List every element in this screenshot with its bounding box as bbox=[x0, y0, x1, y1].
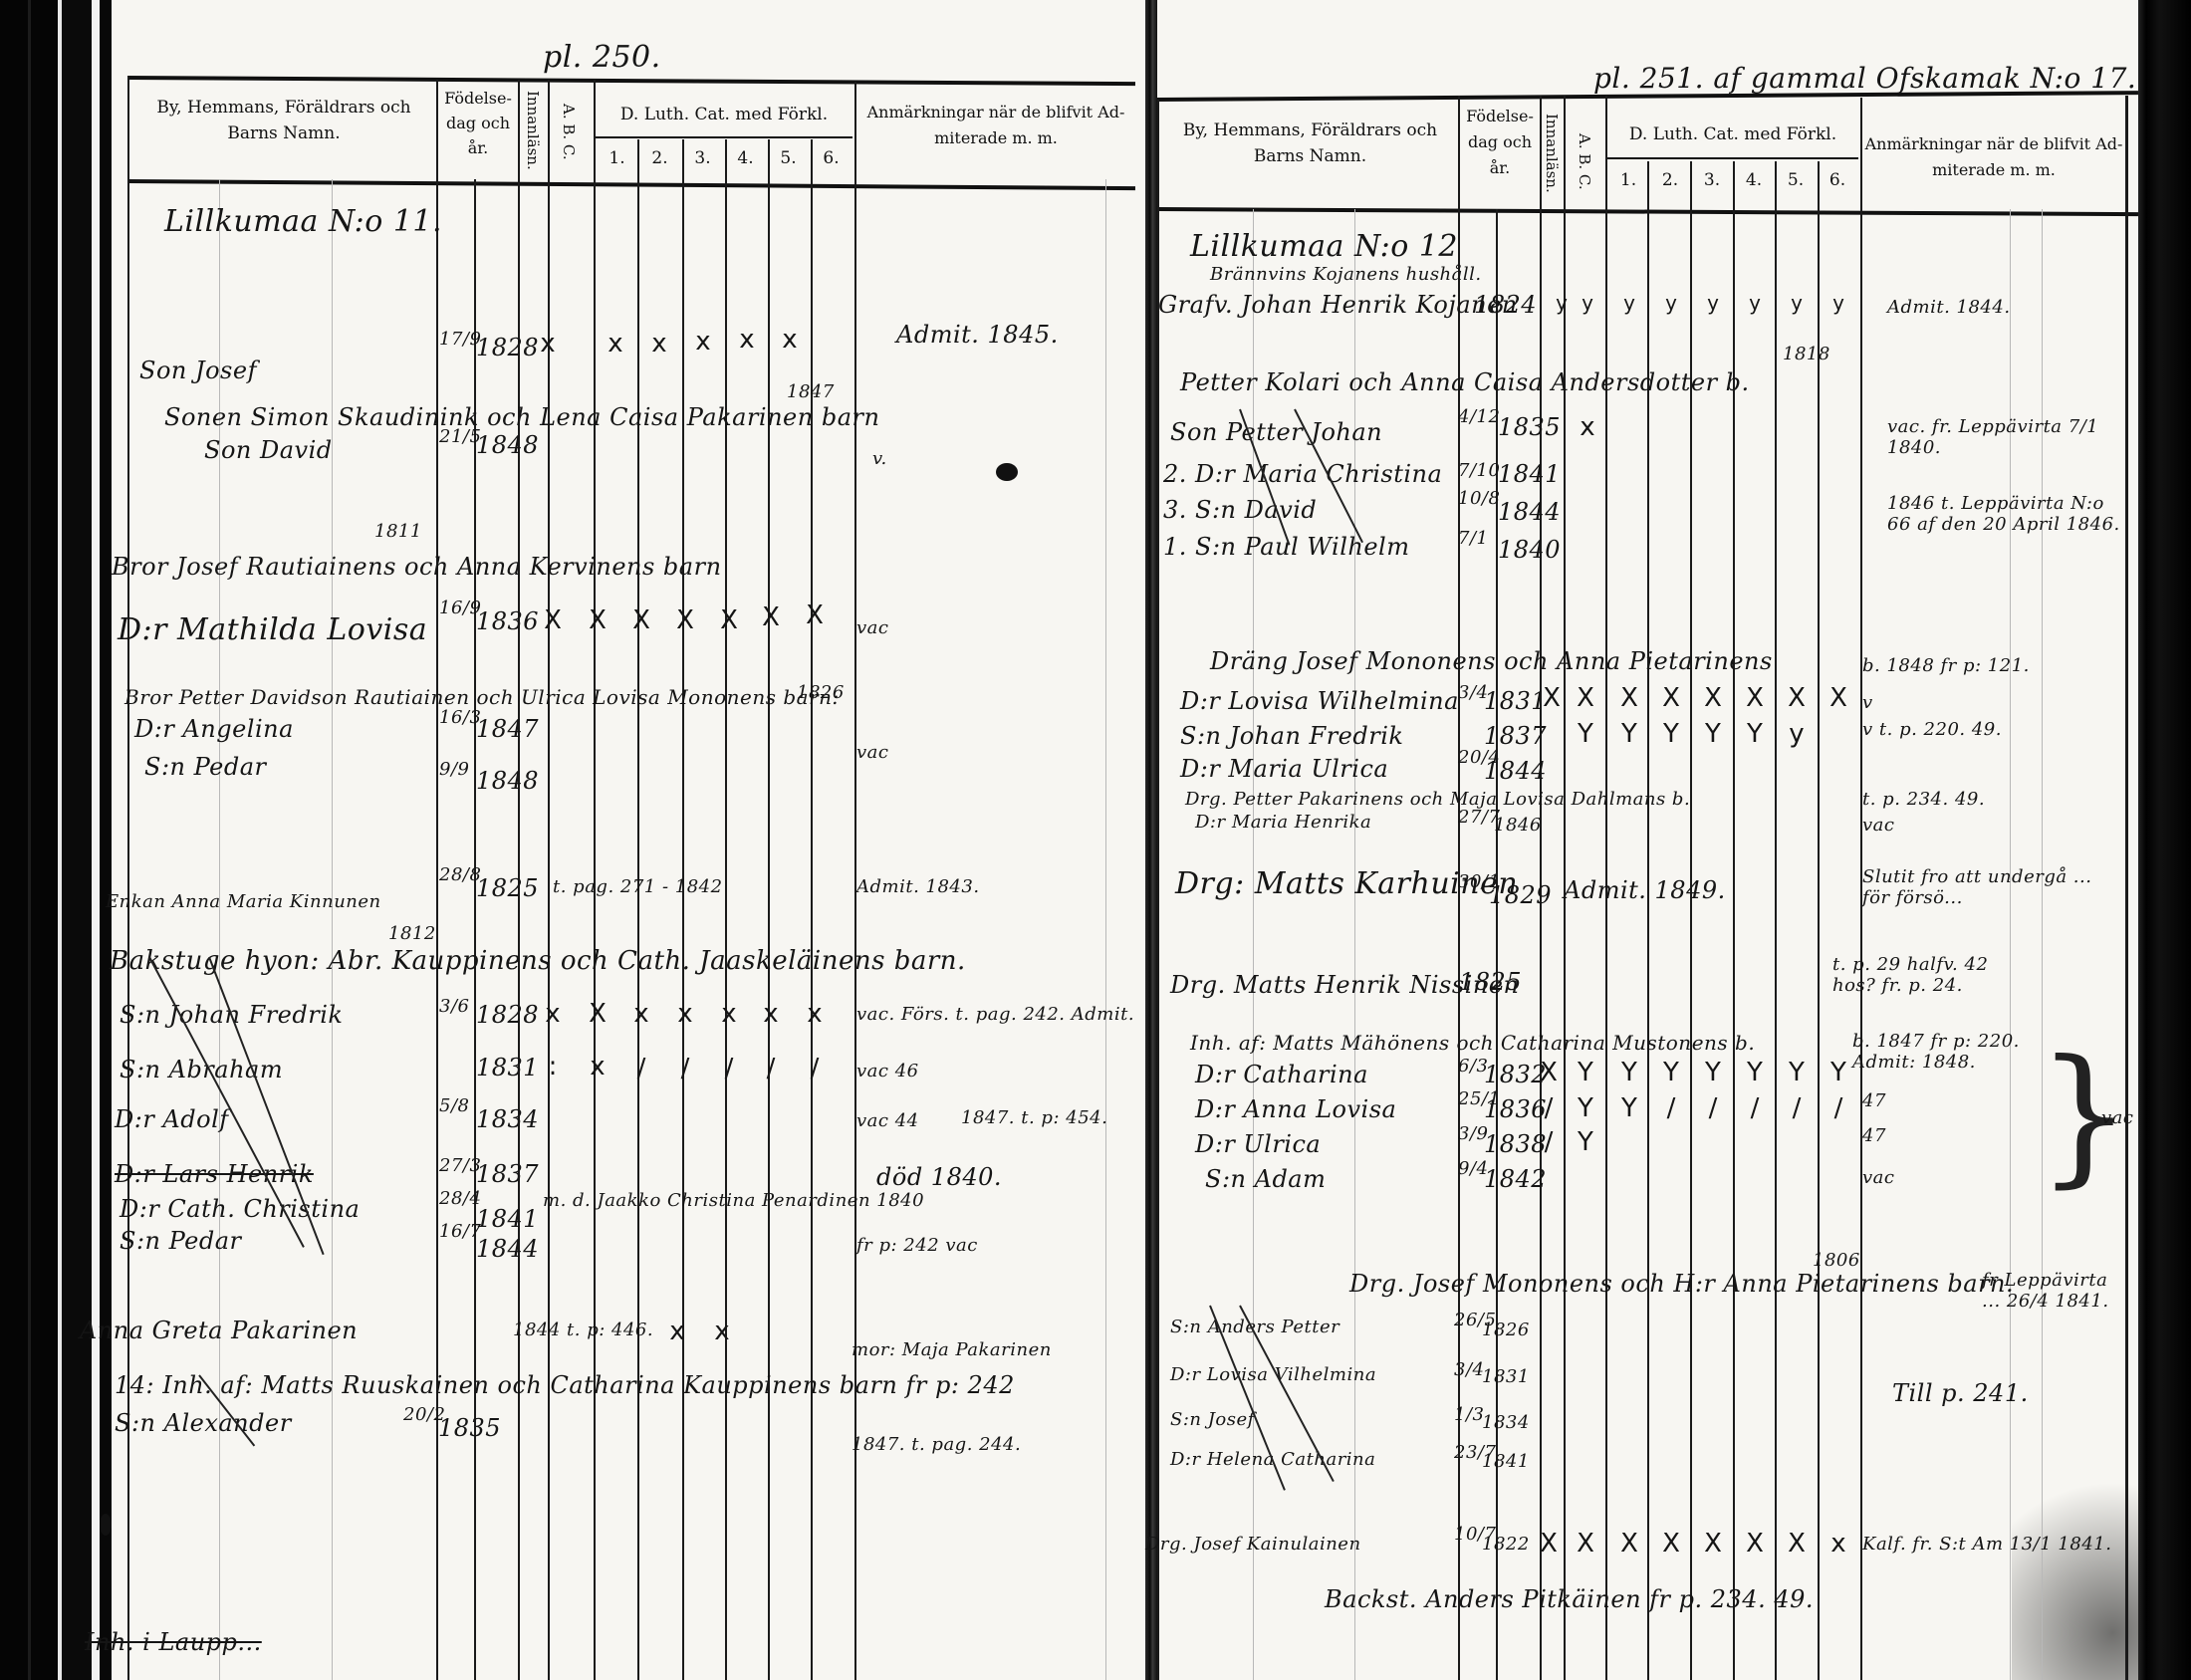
header-catechism-cols: 1. 2. 3. 4. 5. 6. bbox=[1607, 167, 1858, 193]
header-name-col: By, Hemmans, Föräldrars och Barns Namn. bbox=[134, 95, 433, 146]
entry-name: Son Josef bbox=[139, 357, 257, 384]
header-birth-col: Födelse- dag och år. bbox=[1460, 104, 1540, 181]
page-number-note: pl. 251. af gammal Ofskamak N:o 17. bbox=[1593, 62, 2136, 95]
scan-speckle bbox=[2012, 1444, 2138, 1680]
ink-blot bbox=[100, 1514, 112, 1536]
header-catechism-cols: 1. 2. 3. 4. 5. 6. bbox=[596, 145, 852, 171]
header-remarks-col: Anmärkningar när de blifvit Ad- miterade… bbox=[1862, 131, 2125, 183]
header-abc-col: A. B. C. bbox=[560, 90, 578, 174]
header-reading-col: Innanläsn. bbox=[1543, 106, 1561, 200]
bracket-note: vac bbox=[2101, 1107, 2133, 1128]
header-reading-col: Innanläsn. bbox=[524, 86, 542, 175]
header-catechism-group: D. Luth. Cat. med Förkl. bbox=[596, 102, 852, 127]
page-number-note: pl. 250. bbox=[543, 40, 661, 75]
header-name-col: By, Hemmans, Föräldrars och Barns Namn. bbox=[1163, 118, 1457, 169]
ink-blot bbox=[996, 463, 1018, 481]
book-binding bbox=[0, 0, 112, 1680]
household-title: Lillkumaa N:o 11. bbox=[164, 204, 442, 239]
household-title: Lillkumaa N:o 12 bbox=[1190, 229, 1458, 264]
header-abc-col: A. B. C. bbox=[1576, 120, 1593, 204]
book-gutter bbox=[1145, 0, 1157, 1680]
entry-remark: Admit. 1845. bbox=[896, 321, 1059, 349]
header-catechism-group: D. Luth. Cat. med Förkl. bbox=[1607, 121, 1858, 147]
page-edge bbox=[2138, 0, 2191, 1680]
header-birth-col: Födelse- dag och år. bbox=[438, 86, 518, 160]
footer-note: Inh. i Laupp... bbox=[85, 1628, 262, 1656]
header-remarks-col: Anmärkningar när de blifvit Ad- miterade… bbox=[856, 100, 1135, 151]
